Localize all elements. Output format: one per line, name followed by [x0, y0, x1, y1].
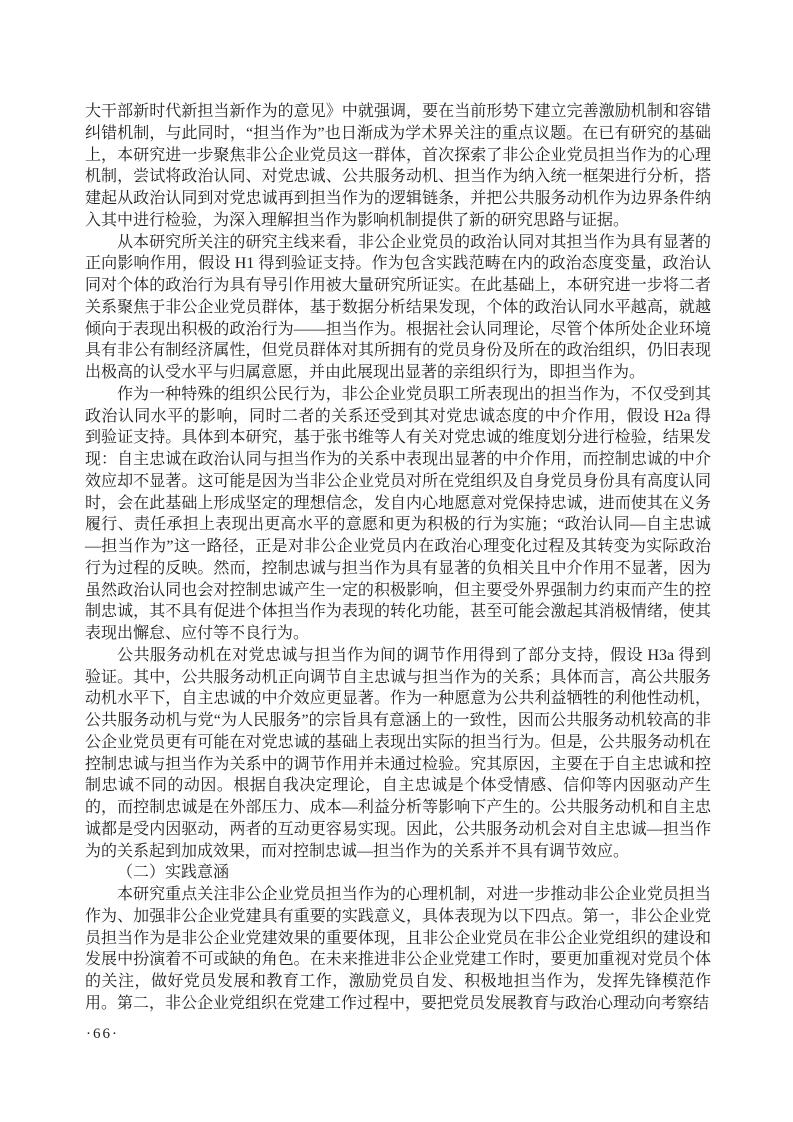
- paragraph-h2a-discussion: 作为一种特殊的组织公民行为，非公企业党员职工所表现出的担当作为，不仅受到其政治认…: [85, 384, 711, 645]
- article-body: 大干部新时代新担当新作为的意见》中就强调，要在当前形势下建立完善激励机制和容错纠…: [85, 101, 711, 1015]
- section-heading-practical-implications: （二）实践意涵: [85, 862, 711, 884]
- page-number: ·66·: [86, 1024, 119, 1044]
- paragraph-continuation: 大干部新时代新担当新作为的意见》中就强调，要在当前形势下建立完善激励机制和容错纠…: [85, 101, 711, 232]
- document-page: 大干部新时代新担当新作为的意见》中就强调，要在当前形势下建立完善激励机制和容错纠…: [0, 0, 793, 1122]
- paragraph-h1-discussion: 从本研究所关注的研究主线来看，非公企业党员的政治认同对其担当作为具有显著的正向影…: [85, 232, 711, 384]
- paragraph-h3a-discussion: 公共服务动机在对党忠诚与担当作为间的调节作用得到了部分支持，假设 H3a 得到验…: [85, 645, 711, 863]
- paragraph-practical-implications: 本研究重点关注非公企业党员担当作为的心理机制，对进一步推动非公企业党员担当作为、…: [85, 884, 711, 1015]
